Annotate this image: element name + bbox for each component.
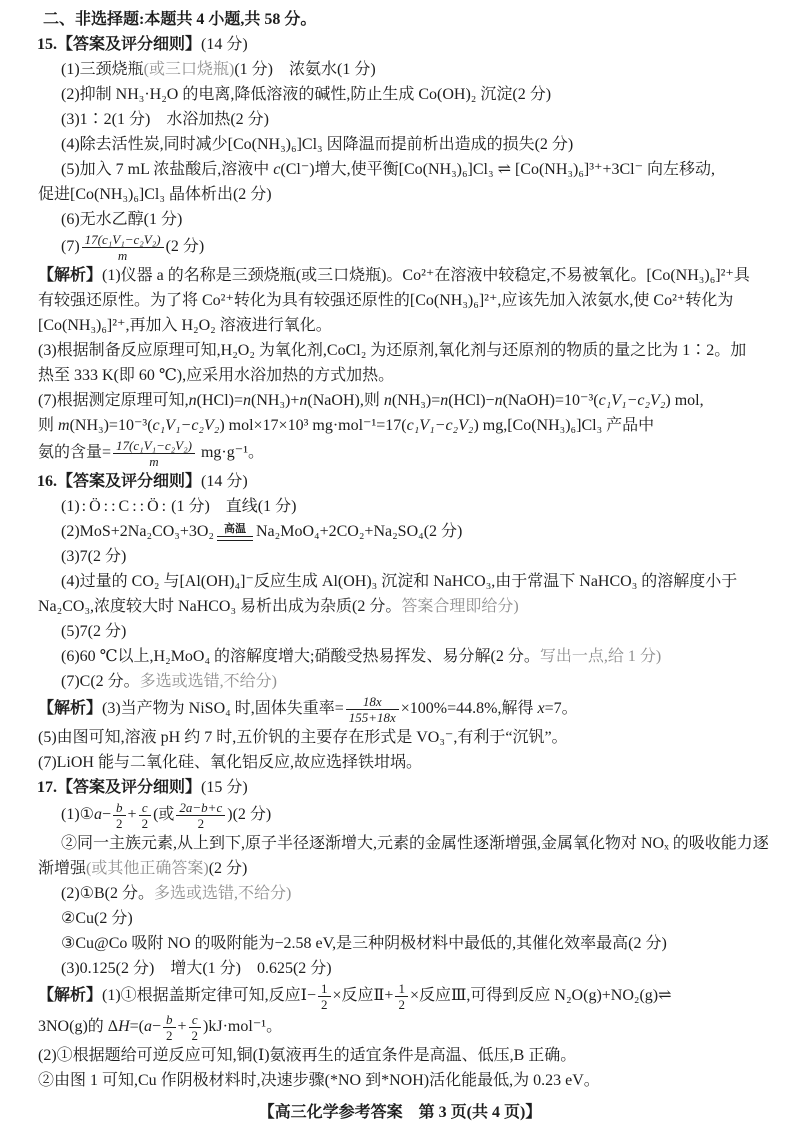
q16-analysis-3: 【解析】(3)当产物为 NiSO₄ 时,固体失重率=18x155+18x×100… <box>0 694 800 725</box>
text-run: 促进[Co(NH₃)₆]Cl₃ 晶体析出(2 分) <box>38 186 272 203</box>
q15-analysis-7a: (7)根据测定原理可知,n(HCl)=n(NH₃)+n(NaOH),则 n(NH… <box>0 388 800 413</box>
text-run: c₁V₁−c₂V₂ <box>599 392 666 409</box>
text-run: 氨的含量= <box>38 444 111 461</box>
text-run: (14 分) <box>201 473 248 490</box>
text-run: ③Cu@Co 吸附 NO 的吸附能为−2.58 eV,是三种阴极材料中最低的,其… <box>61 935 667 952</box>
q17-analysis-1a: 【解析】(1)①根据盖斯定律可知,反应Ⅰ−12×反应Ⅱ+12×反应Ⅲ,可得到反应… <box>0 981 800 1012</box>
text-run: (NH₃)+ <box>251 392 299 409</box>
text-run: (NH₃)= <box>392 392 440 409</box>
text-run: (或三口烧瓶) <box>144 61 235 78</box>
text-run: ) mol, <box>665 392 703 409</box>
text-run: (3)根据制备反应原理可知,H₂O₂ 为氧化剂,CoCl₂ 为还原剂,氧化剂与还… <box>38 342 746 359</box>
text-run: ×反应Ⅱ+ <box>333 987 394 1004</box>
q17-ans-3: (3)0.125(2 分) 增大(1 分) 0.625(2 分) <box>0 956 800 981</box>
text-run: Na₂MoO₄+2CO₂+Na₂SO₄(2 分) <box>256 523 462 540</box>
q15-analysis-1c: [Co(NH₃)₆]²⁺,再加入 H₂O₂ 溶液进行氧化。 <box>0 313 800 338</box>
text-run: 写出一点,给 1 分) <box>540 648 661 665</box>
text-run: c₁V₁−c₂V₂ <box>407 417 474 434</box>
q17-analysis-1b: 3NO(g)的 ΔH=(a−b2+c2)kJ·mol⁻¹。 <box>0 1012 800 1043</box>
text-run: (15 分) <box>201 779 248 796</box>
fraction: b2 <box>111 800 128 831</box>
text-run: (3)7(2 分) <box>61 548 126 565</box>
text-run: (5)由图可知,溶液 pH 约 7 时,五价钒的主要存在形式是 VO₃⁻,有利于… <box>38 729 568 746</box>
q15-ans-3: (3)1∶2(1 分) 水浴加热(2 分) <box>0 107 800 132</box>
text-run: 二、非选择题:本题共 4 小题,共 58 分。 <box>43 11 316 28</box>
text-run: (2)①B(2 分。 <box>61 885 154 902</box>
q15-analysis-1b: 有较强还原性。为了将 Co²⁺转化为具有较强还原性的[Co(NH₃)₆]²⁺,应… <box>0 288 800 313</box>
text-run: (2)①根据题给可逆反应可知,铜(Ⅰ)氨液再生的适宜条件是高温、低压,B 正确。 <box>38 1047 576 1064</box>
text-run: Na₂CO₃,浓度较大时 NaHCO₃ 易析出成为杂质(2 分。 <box>38 598 401 615</box>
q16-header: 16.【答案及评分细则】(14 分) <box>0 469 800 494</box>
text-run: m <box>58 417 70 434</box>
footer-text: 【高三化学参考答案 第 3 页(共 4 页)】 <box>259 1104 542 1121</box>
text-run: ②Cu(2 分) <box>61 910 133 927</box>
text-run: 多选或选错,不给分) <box>154 885 291 902</box>
text-run: (14 分) <box>201 36 248 53</box>
text-run: ) mol×17×10³ mg·mol⁻¹=17( <box>219 417 406 434</box>
text-run: a <box>144 1018 152 1035</box>
q15-ans-6: (6)无水乙醇(1 分) <box>0 207 800 232</box>
text-run: 【解析】 <box>38 700 102 717</box>
q17-analysis-2-2: ②由图 1 可知,Cu 作阴极材料时,决速步骤(*NO 到*NOH)活化能最低,… <box>0 1068 800 1093</box>
text-run: (5)加入 7 mL 浓盐酸后,溶液中 <box>61 161 273 178</box>
q17-analysis-2-1: (2)①根据题给可逆反应可知,铜(Ⅰ)氨液再生的适宜条件是高温、低压,B 正确。 <box>0 1043 800 1068</box>
text-run: (7)根据测定原理可知, <box>38 392 189 409</box>
text-run: (NaOH)=10⁻³( <box>503 392 599 409</box>
text-run: x <box>538 700 545 717</box>
fraction: 2a−b+c2 <box>174 800 227 831</box>
text-run: (5)7(2 分) <box>61 623 126 640</box>
text-run: 有较强还原性。为了将 Co²⁺转化为具有较强还原性的[Co(NH₃)₆]²⁺,应… <box>38 292 733 309</box>
text-run: (7)LiOH 能与二氧化硅、氧化铝反应,故应选择铁坩埚。 <box>38 754 422 771</box>
text-run: (6)无水乙醇(1 分) <box>61 211 182 228</box>
q15-ans-2: (2)抑制 NH₃·H₂O 的电离,降低溶液的碱性,防止生成 Co(OH)₂ 沉… <box>0 82 800 107</box>
text-run: 【解析】 <box>38 987 102 1004</box>
text-run: (4)过量的 CO₂ 与[Al(OH)₄]⁻反应生成 Al(OH)₃ 沉淀和 N… <box>61 573 737 590</box>
text-run: (7)C(2 分。 <box>61 673 140 690</box>
q16-ans-4-cont: Na₂CO₃,浓度较大时 NaHCO₃ 易析出成为杂质(2 分。答案合理即给分) <box>0 594 800 619</box>
text-run: − <box>152 1018 161 1035</box>
answer-content: 二、非选择题:本题共 4 小题,共 58 分。15.【答案及评分细则】(14 分… <box>0 0 800 1093</box>
fraction: b2 <box>161 1012 178 1043</box>
text-run: 16.【答案及评分细则】 <box>37 473 201 490</box>
text-run: (7) <box>61 238 80 255</box>
fraction: 17(c₁V₁−c₂V₂)m <box>80 232 166 263</box>
q17-header: 17.【答案及评分细则】(15 分) <box>0 775 800 800</box>
text-run: (HCl)= <box>197 392 243 409</box>
text-run: (3)0.125(2 分) 增大(1 分) 0.625(2 分) <box>61 960 332 977</box>
text-run: ②同一主族元素,从上到下,原子半径逐渐增大,元素的金属性逐渐增强,金属氧化物对 … <box>61 835 769 852</box>
text-run: 热至 333 K(即 60 ℃),应采用水浴加热的方式加热。 <box>38 367 394 384</box>
q17-ans-1-2-cont: 渐增强(或其他正确答案)(2 分) <box>0 856 800 881</box>
q17-ans-2-2: ②Cu(2 分) <box>0 906 800 931</box>
text-run: ) mg,[Co(NH₃)₆]Cl₃ 产品中 <box>473 417 654 434</box>
q16-ans-2: (2)MoS+2Na₂CO₃+3O₂高温Na₂MoO₄+2CO₂+Na₂SO₄(… <box>0 519 800 544</box>
q15-analysis-7c: 氨的含量=17(c₁V₁−c₂V₂)m mg·g⁻¹。 <box>0 438 800 469</box>
text-run: H <box>118 1018 130 1035</box>
text-run: (2)MoS+2Na₂CO₃+3O₂ <box>61 523 214 540</box>
text-run: (或 <box>153 806 174 823</box>
page-footer: 【高三化学参考答案 第 3 页(共 4 页)】 <box>0 1103 800 1123</box>
q15-ans-1: (1)三颈烧瓶(或三口烧瓶)(1 分) 浓氨水(1 分) <box>0 57 800 82</box>
text-run: (1) <box>61 498 80 515</box>
text-run: 3NO(g)的 Δ <box>38 1018 118 1035</box>
text-run: (NH₃)=10⁻³( <box>70 417 153 434</box>
text-run: n <box>243 392 251 409</box>
q16-analysis-7: (7)LiOH 能与二氧化硅、氧化铝反应,故应选择铁坩埚。 <box>0 750 800 775</box>
section-header: 二、非选择题:本题共 4 小题,共 58 分。 <box>0 7 800 32</box>
q15-analysis-3a: (3)根据制备反应原理可知,H₂O₂ 为氧化剂,CoCl₂ 为还原剂,氧化剂与还… <box>0 338 800 363</box>
text-run: 答案合理即给分) <box>401 598 518 615</box>
text-run: (HCl)− <box>448 392 494 409</box>
fraction: 12 <box>393 981 410 1012</box>
fraction: c2 <box>137 800 154 831</box>
q15-analysis-7b: 则 m(NH₃)=10⁻³(c₁V₁−c₂V₂) mol×17×10³ mg·m… <box>0 413 800 438</box>
text-run: =7。 <box>545 700 578 717</box>
q15-analysis-3b: 热至 333 K(即 60 ℃),应采用水浴加热的方式加热。 <box>0 363 800 388</box>
text-run: + <box>128 806 137 823</box>
text-run: ×反应Ⅲ,可得到反应 N₂O(g)+NO₂(g)⇌ <box>410 987 672 1004</box>
q16-ans-6: (6)60 ℃以上,H₂MoO₄ 的溶解度增大;硝酸受热易挥发、易分解(2 分。… <box>0 644 800 669</box>
text-run: n <box>384 392 392 409</box>
q15-ans-7: (7)17(c₁V₁−c₂V₂)m(2 分) <box>0 232 800 263</box>
text-run: (NaOH),则 <box>307 392 383 409</box>
q15-header: 15.【答案及评分细则】(14 分) <box>0 32 800 57</box>
text-run: =( <box>130 1018 144 1035</box>
text-run: [Co(NH₃)₆]²⁺,再加入 H₂O₂ 溶液进行氧化。 <box>38 317 332 334</box>
text-run: c₁V₁−c₂V₂ <box>153 417 220 434</box>
fraction: 12 <box>316 981 333 1012</box>
fraction: 17(c₁V₁−c₂V₂)m <box>111 438 197 469</box>
text-run: n <box>495 392 503 409</box>
q15-ans-5-cont: 促进[Co(NH₃)₆]Cl₃ 晶体析出(2 分) <box>0 182 800 207</box>
answer-sheet-page: 二、非选择题:本题共 4 小题,共 58 分。15.【答案及评分细则】(14 分… <box>0 0 800 1131</box>
q16-ans-5: (5)7(2 分) <box>0 619 800 644</box>
q17-ans-1-1: (1)①a−b2+c2(或2a−b+c2)(2 分) <box>0 800 800 831</box>
q16-ans-4: (4)过量的 CO₂ 与[Al(OH)₄]⁻反应生成 Al(OH)₃ 沉淀和 N… <box>0 569 800 594</box>
text-run: (1)①根据盖斯定律可知,反应Ⅰ− <box>102 987 316 1004</box>
text-run: (3)当产物为 NiSO₄ 时,固体失重率= <box>102 700 344 717</box>
text-run: (6)60 ℃以上,H₂MoO₄ 的溶解度增大;硝酸受热易挥发、易分解(2 分。 <box>61 648 540 665</box>
text-run: 多选或选错,不给分) <box>140 673 277 690</box>
text-run: (1)① <box>61 806 94 823</box>
text-run: 渐增强 <box>38 860 86 877</box>
text-run: − <box>102 806 111 823</box>
text-run: a <box>94 806 102 823</box>
text-run: (或其他正确答案) <box>86 860 209 877</box>
q16-analysis-5: (5)由图可知,溶液 pH 约 7 时,五价钒的主要存在形式是 VO₃⁻,有利于… <box>0 725 800 750</box>
text-run: mg·g⁻¹。 <box>197 444 264 461</box>
fraction: 18x155+18x <box>344 694 401 725</box>
text-run: 15.【答案及评分细则】 <box>37 36 201 53</box>
text-run: (4)除去活性炭,同时减少[Co(NH₃)₆]Cl₃ 因降温而提前析出造成的损失… <box>61 136 573 153</box>
q16-ans-7: (7)C(2 分。多选或选错,不给分) <box>0 669 800 694</box>
q15-analysis-1a: 【解析】(1)仪器 a 的名称是三颈烧瓶(或三口烧瓶)。Co²⁺在溶液中较稳定,… <box>0 263 800 288</box>
q15-ans-4: (4)除去活性炭,同时减少[Co(NH₃)₆]Cl₃ 因降温而提前析出造成的损失… <box>0 132 800 157</box>
q17-ans-2-3: ③Cu@Co 吸附 NO 的吸附能为−2.58 eV,是三种阴极材料中最低的,其… <box>0 931 800 956</box>
q16-ans-3: (3)7(2 分) <box>0 544 800 569</box>
reaction-condition: 高温 <box>217 523 253 541</box>
text-run: (1)三颈烧瓶 <box>61 61 144 78</box>
text-run: 【解析】 <box>38 267 102 284</box>
double-bond-line <box>217 536 253 541</box>
q17-ans-1-2: ②同一主族元素,从上到下,原子半径逐渐增大,元素的金属性逐渐增强,金属氧化物对 … <box>0 831 800 856</box>
text-run: 则 <box>38 417 58 434</box>
fraction: c2 <box>187 1012 204 1043</box>
text-run: )kJ·mol⁻¹。 <box>203 1018 282 1035</box>
text-run: ×100%=44.8%,解得 <box>401 700 538 717</box>
q15-ans-5: (5)加入 7 mL 浓盐酸后,溶液中 c(Cl⁻)增大,使平衡[Co(NH₃)… <box>0 157 800 182</box>
text-run: (Cl⁻)增大,使平衡[Co(NH₃)₆]Cl₃ ⇌ [Co(NH₃)₆]³⁺+… <box>280 161 715 178</box>
text-run: (1 分) 浓氨水(1 分) <box>234 61 375 78</box>
text-run: (1)仪器 a 的名称是三颈烧瓶(或三口烧瓶)。Co²⁺在溶液中较稳定,不易被氧… <box>102 267 750 284</box>
text-run: ②由图 1 可知,Cu 作阴极材料时,决速步骤(*NO 到*NOH)活化能最低,… <box>38 1072 600 1089</box>
text-run: (2 分) <box>166 238 205 255</box>
text-run: (2 分) <box>209 860 248 877</box>
text-run: n <box>189 392 197 409</box>
text-run: (3)1∶2(1 分) 水浴加热(2 分) <box>61 111 269 128</box>
text-run: 17.【答案及评分细则】 <box>37 779 201 796</box>
text-run: :Ö::C::Ö: <box>80 498 171 515</box>
text-run: (1 分) 直线(1 分) <box>171 498 296 515</box>
text-run: + <box>178 1018 187 1035</box>
text-run: (2)抑制 NH₃·H₂O 的电离,降低溶液的碱性,防止生成 Co(OH)₂ 沉… <box>61 86 551 103</box>
text-run: )(2 分) <box>227 806 271 823</box>
q17-ans-2-1: (2)①B(2 分。多选或选错,不给分) <box>0 881 800 906</box>
q16-ans-1: (1):Ö::C::Ö:(1 分) 直线(1 分) <box>0 494 800 519</box>
